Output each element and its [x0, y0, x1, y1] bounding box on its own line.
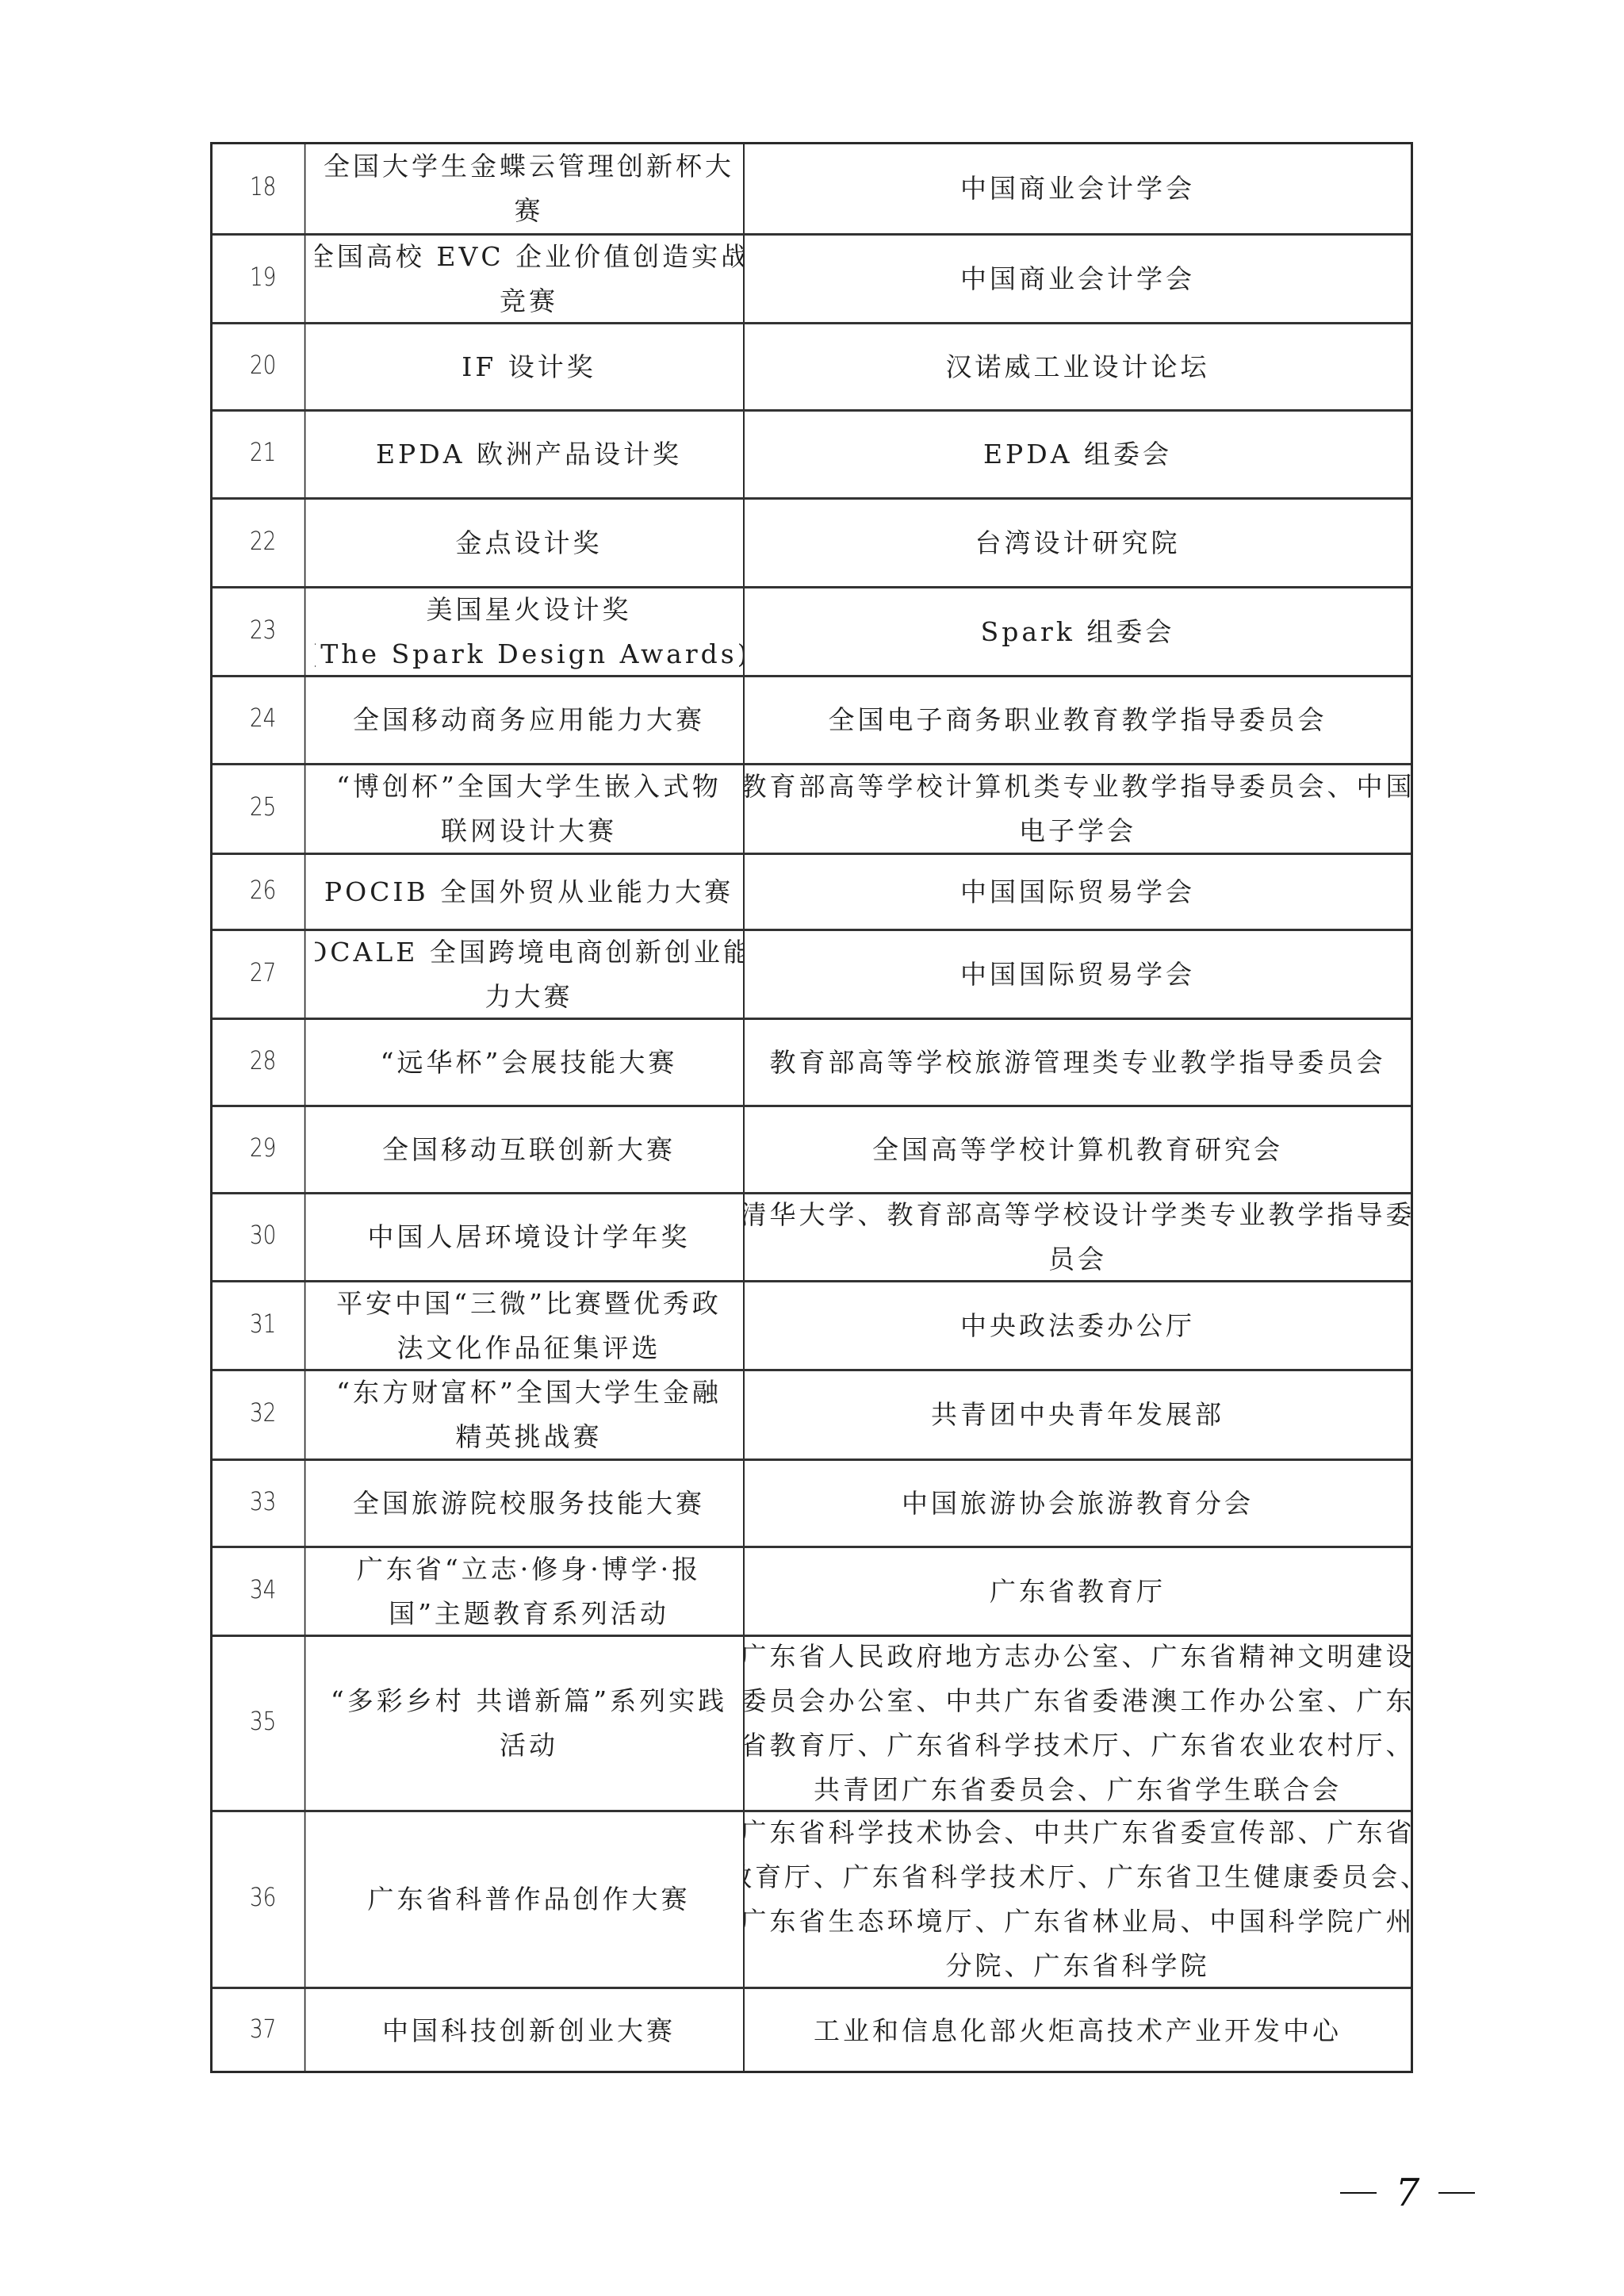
table-row: 28“远华杯”会展技能大赛教育部高等学校旅游管理类专业教学指导委员会	[213, 1018, 1411, 1105]
table-row: 26POCIB 全国外贸从业能力大赛中国国际贸易学会	[213, 853, 1411, 929]
table-row: 25“博创杯”全国大学生嵌入式物联网设计大赛教育部高等学校计算机类专业教学指导委…	[213, 763, 1411, 853]
competition-name-lines: 中国人居环境设计学年奖	[368, 1215, 691, 1259]
organizer-cell: 中国国际贸易学会	[745, 931, 1411, 1018]
row-number: 26	[222, 855, 306, 929]
organizer-text: 员会	[1048, 1237, 1107, 1280]
competition-name-cell: IF 设计奖	[315, 324, 745, 409]
competition-name-cell: 美国星火设计奖(The Spark Design Awards)	[315, 588, 745, 675]
competition-name-text: 全国高校 EVC 企业价值创造实战	[315, 236, 745, 279]
row-number: 25	[222, 765, 306, 853]
competition-name-text: EPDA 欧洲产品设计奖	[376, 432, 682, 477]
competition-name-text: 全国旅游院校服务技能大赛	[353, 1481, 705, 1526]
competition-name-text: 活动	[500, 1723, 558, 1768]
organizer-lines: 教育部高等学校旅游管理类专业教学指导委员会	[770, 1041, 1386, 1085]
organizer-lines: Spark 组委会	[981, 610, 1175, 654]
competition-name-lines: OCALE 全国跨境电商创新创业能力大赛	[315, 931, 745, 1018]
table-row: 36广东省科普作品创作大赛广东省科学技术协会、中共广东省委宣传部、广东省教育厅、…	[213, 1810, 1411, 1987]
row-number: 32	[222, 1371, 306, 1458]
competition-name-lines: 平安中国“三微”比赛暨优秀政法文化作品征集评选	[336, 1282, 722, 1369]
competition-name-text: 赛	[515, 189, 544, 233]
competition-name-cell: EPDA 欧洲产品设计奖	[315, 412, 745, 497]
competition-name-text: “多彩乡村 共谱新篇”系列实践	[331, 1679, 727, 1723]
organizer-lines: 全国电子商务职业教育教学指导委员会	[829, 698, 1327, 742]
organizer-text: 教育部高等学校旅游管理类专业教学指导委员会	[770, 1041, 1386, 1085]
competition-name-lines: EPDA 欧洲产品设计奖	[376, 432, 682, 477]
competition-table: 18全国大学生金蝶云管理创新杯大赛中国商业会计学会19全国高校 EVC 企业价值…	[210, 142, 1413, 2073]
competition-name-cell: “多彩乡村 共谱新篇”系列实践活动	[315, 1637, 745, 1810]
organizer-text: 广东省科学技术协会、中共广东省委宣传部、广东省	[745, 1812, 1411, 1855]
row-number: 20	[222, 324, 306, 409]
organizer-lines: 中国商业会计学会	[960, 167, 1195, 211]
competition-name-lines: 美国星火设计奖(The Spark Design Awards)	[315, 588, 745, 675]
organizer-lines: 工业和信息化部火炬高技术产业开发中心	[814, 2009, 1342, 2053]
competition-name-lines: “东方财富杯”全国大学生金融精英挑战赛	[336, 1371, 722, 1458]
competition-name-lines: 广东省“立志·修身·博学·报国”主题教育系列活动	[357, 1548, 701, 1635]
organizer-text: 共青团广东省委员会、广东省学生联合会	[814, 1768, 1342, 1810]
organizer-text: EPDA 组委会	[983, 432, 1172, 477]
competition-name-cell: 中国人居环境设计学年奖	[315, 1194, 745, 1280]
organizer-cell: 中国国际贸易学会	[745, 855, 1411, 929]
organizer-cell: 广东省教育厅	[745, 1548, 1411, 1635]
organizer-text: 分院、广东省科学院	[946, 1944, 1210, 1987]
competition-name-text: 国”主题教育系列活动	[389, 1592, 669, 1635]
organizer-text: Spark 组委会	[981, 610, 1175, 654]
organizer-cell: 全国高等学校计算机教育研究会	[745, 1107, 1411, 1192]
organizer-lines: 中国旅游协会旅游教育分会	[902, 1481, 1254, 1526]
competition-name-lines: 全国高校 EVC 企业价值创造实战竞赛	[315, 236, 745, 322]
competition-name-text: 美国星火设计奖	[427, 588, 632, 632]
row-number: 24	[222, 677, 306, 763]
table-row: 20IF 设计奖汉诺威工业设计论坛	[213, 322, 1411, 409]
table-row: 23美国星火设计奖(The Spark Design Awards)Spark …	[213, 586, 1411, 675]
table-row: 37中国科技创新创业大赛工业和信息化部火炬高技术产业开发中心	[213, 1987, 1411, 2073]
competition-name-cell: 全国旅游院校服务技能大赛	[315, 1461, 745, 1546]
organizer-lines: 台湾设计研究院	[975, 521, 1181, 565]
organizer-text: 全国高等学校计算机教育研究会	[872, 1128, 1283, 1172]
row-number: 29	[222, 1107, 306, 1192]
row-number: 19	[222, 236, 306, 322]
competition-name-cell: “博创杯”全国大学生嵌入式物联网设计大赛	[315, 765, 745, 853]
competition-name-cell: 金点设计奖	[315, 500, 745, 586]
organizer-text: 全国电子商务职业教育教学指导委员会	[829, 698, 1327, 742]
organizer-cell: 广东省人民政府地方志办公室、广东省精神文明建设委员会办公室、中共广东省委港澳工作…	[745, 1637, 1411, 1810]
organizer-text: 工业和信息化部火炬高技术产业开发中心	[814, 2009, 1342, 2053]
row-number: 27	[222, 931, 306, 1018]
organizer-lines: 广东省教育厅	[990, 1570, 1166, 1614]
organizer-cell: 工业和信息化部火炬高技术产业开发中心	[745, 1989, 1411, 2073]
organizer-text: 清华大学、教育部高等学校设计学类专业教学指导委	[745, 1194, 1411, 1237]
organizer-lines: 中国国际贸易学会	[960, 953, 1195, 997]
organizer-text: 台湾设计研究院	[975, 521, 1181, 565]
page-number: 7	[1340, 2173, 1475, 2213]
organizer-lines: 共青团中央青年发展部	[931, 1393, 1224, 1437]
table-row: 35“多彩乡村 共谱新篇”系列实践活动广东省人民政府地方志办公室、广东省精神文明…	[213, 1635, 1411, 1810]
organizer-lines: 清华大学、教育部高等学校设计学类专业教学指导委员会	[745, 1194, 1411, 1280]
table-row: 18全国大学生金蝶云管理创新杯大赛中国商业会计学会	[213, 144, 1411, 233]
competition-name-lines: 全国移动商务应用能力大赛	[353, 698, 705, 742]
competition-name-cell: 平安中国“三微”比赛暨优秀政法文化作品征集评选	[315, 1282, 745, 1369]
competition-name-text: “东方财富杯”全国大学生金融	[336, 1371, 722, 1415]
organizer-cell: EPDA 组委会	[745, 412, 1411, 497]
competition-name-text: “博创杯”全国大学生嵌入式物	[336, 765, 722, 809]
competition-name-lines: 全国旅游院校服务技能大赛	[353, 1481, 705, 1526]
competition-name-cell: OCALE 全国跨境电商创新创业能力大赛	[315, 931, 745, 1018]
competition-name-text: 广东省科普作品创作大赛	[368, 1877, 691, 1922]
competition-name-cell: 全国高校 EVC 企业价值创造实战竞赛	[315, 236, 745, 322]
organizer-text: 汉诺威工业设计论坛	[946, 345, 1210, 389]
competition-name-text: 中国科技创新创业大赛	[382, 2009, 676, 2053]
organizer-text: 广东省教育厅	[990, 1570, 1166, 1614]
table-row: 21EPDA 欧洲产品设计奖EPDA 组委会	[213, 409, 1411, 497]
table-row: 27OCALE 全国跨境电商创新创业能力大赛中国国际贸易学会	[213, 929, 1411, 1018]
dash-left	[1340, 2192, 1377, 2194]
organizer-cell: 共青团中央青年发展部	[745, 1371, 1411, 1458]
row-number: 23	[222, 588, 306, 675]
organizer-text: 省教育厅、广东省科学技术厅、广东省农业农村厅、	[745, 1723, 1411, 1768]
table-row: 29全国移动互联创新大赛全国高等学校计算机教育研究会	[213, 1105, 1411, 1192]
table-row: 22金点设计奖台湾设计研究院	[213, 497, 1411, 586]
row-number: 22	[222, 500, 306, 586]
row-number: 37	[222, 1989, 306, 2073]
table-row: 33全国旅游院校服务技能大赛中国旅游协会旅游教育分会	[213, 1458, 1411, 1546]
organizer-cell: 中国旅游协会旅游教育分会	[745, 1461, 1411, 1546]
competition-name-text: 全国移动商务应用能力大赛	[353, 698, 705, 742]
competition-name-text: “远华杯”会展技能大赛	[381, 1041, 678, 1085]
row-number: 28	[222, 1020, 306, 1105]
organizer-cell: 汉诺威工业设计论坛	[745, 324, 1411, 409]
page-number-value: 7	[1396, 2173, 1420, 2213]
organizer-lines: 广东省科学技术协会、中共广东省委宣传部、广东省教育厅、广东省科学技术厅、广东省卫…	[745, 1812, 1411, 1987]
competition-name-lines: 中国科技创新创业大赛	[382, 2009, 676, 2053]
organizer-text: 教育厅、广东省科学技术厅、广东省卫生健康委员会、	[745, 1855, 1411, 1899]
competition-name-lines: “远华杯”会展技能大赛	[381, 1041, 678, 1085]
competition-name-text: 精英挑战赛	[456, 1415, 603, 1458]
competition-name-cell: “东方财富杯”全国大学生金融精英挑战赛	[315, 1371, 745, 1458]
competition-name-text: 竞赛	[500, 279, 558, 323]
competition-name-text: 中国人居环境设计学年奖	[368, 1215, 691, 1259]
competition-name-text: 广东省“立志·修身·博学·报	[357, 1548, 701, 1592]
organizer-lines: 广东省人民政府地方志办公室、广东省精神文明建设委员会办公室、中共广东省委港澳工作…	[745, 1637, 1411, 1810]
competition-name-cell: 广东省科普作品创作大赛	[315, 1812, 745, 1987]
competition-name-lines: 广东省科普作品创作大赛	[368, 1877, 691, 1922]
competition-name-cell: 中国科技创新创业大赛	[315, 1989, 745, 2073]
row-number: 21	[222, 412, 306, 497]
organizer-lines: 教育部高等学校计算机类专业教学指导委员会、中国电子学会	[745, 765, 1411, 853]
organizer-text: 中国国际贸易学会	[960, 953, 1195, 997]
row-number: 31	[222, 1282, 306, 1369]
row-number: 36	[222, 1812, 306, 1987]
organizer-text: 中国商业会计学会	[960, 167, 1195, 211]
organizer-cell: Spark 组委会	[745, 588, 1411, 675]
organizer-cell: 广东省科学技术协会、中共广东省委宣传部、广东省教育厅、广东省科学技术厅、广东省卫…	[745, 1812, 1411, 1987]
organizer-lines: 汉诺威工业设计论坛	[946, 345, 1210, 389]
table-row: 24全国移动商务应用能力大赛全国电子商务职业教育教学指导委员会	[213, 675, 1411, 763]
table-row: 34广东省“立志·修身·博学·报国”主题教育系列活动广东省教育厅	[213, 1546, 1411, 1635]
row-number: 35	[222, 1637, 306, 1810]
row-number: 33	[222, 1461, 306, 1546]
table-row: 31平安中国“三微”比赛暨优秀政法文化作品征集评选中央政法委办公厅	[213, 1280, 1411, 1369]
competition-name-cell: 全国移动商务应用能力大赛	[315, 677, 745, 763]
competition-name-text: 法文化作品征集评选	[397, 1326, 661, 1370]
competition-name-lines: POCIB 全国外贸从业能力大赛	[324, 870, 733, 914]
competition-name-lines: IF 设计奖	[462, 345, 596, 389]
organizer-text: 中央政法委办公厅	[960, 1304, 1195, 1348]
table-row: 32“东方财富杯”全国大学生金融精英挑战赛共青团中央青年发展部	[213, 1369, 1411, 1458]
organizer-text: 广东省生态环境厅、广东省林业局、中国科学院广州	[745, 1899, 1411, 1944]
competition-name-lines: 金点设计奖	[456, 521, 603, 565]
organizer-text: 广东省人民政府地方志办公室、广东省精神文明建设	[745, 1637, 1411, 1679]
organizer-cell: 教育部高等学校计算机类专业教学指导委员会、中国电子学会	[745, 765, 1411, 853]
table-row: 19全国高校 EVC 企业价值创造实战竞赛中国商业会计学会	[213, 233, 1411, 322]
row-number: 18	[222, 144, 306, 233]
organizer-text: 教育部高等学校计算机类专业教学指导委员会、中国	[745, 765, 1411, 809]
competition-name-text: 平安中国“三微”比赛暨优秀政	[336, 1282, 722, 1326]
organizer-text: 中国旅游协会旅游教育分会	[902, 1481, 1254, 1526]
competition-name-text: IF 设计奖	[462, 345, 596, 389]
competition-name-lines: 全国移动互联创新大赛	[382, 1128, 676, 1172]
competition-name-lines: “多彩乡村 共谱新篇”系列实践活动	[331, 1679, 727, 1768]
dash-right	[1438, 2192, 1475, 2194]
organizer-cell: 教育部高等学校旅游管理类专业教学指导委员会	[745, 1020, 1411, 1105]
organizer-cell: 台湾设计研究院	[745, 500, 1411, 586]
row-number: 34	[222, 1548, 306, 1635]
organizer-lines: EPDA 组委会	[983, 432, 1172, 477]
competition-name-cell: 全国移动互联创新大赛	[315, 1107, 745, 1192]
organizer-cell: 全国电子商务职业教育教学指导委员会	[745, 677, 1411, 763]
organizer-cell: 清华大学、教育部高等学校设计学类专业教学指导委员会	[745, 1194, 1411, 1280]
competition-name-lines: “博创杯”全国大学生嵌入式物联网设计大赛	[336, 765, 722, 853]
organizer-cell: 中国商业会计学会	[745, 144, 1411, 233]
competition-name-text: 联网设计大赛	[441, 809, 617, 853]
organizer-lines: 中国国际贸易学会	[960, 870, 1195, 914]
organizer-text: 委员会办公室、中共广东省委港澳工作办公室、广东	[745, 1679, 1411, 1723]
competition-name-lines: 全国大学生金蝶云管理创新杯大赛	[324, 144, 734, 233]
organizer-lines: 全国高等学校计算机教育研究会	[872, 1128, 1283, 1172]
organizer-text: 电子学会	[1019, 809, 1136, 853]
competition-name-text: 力大赛	[485, 975, 573, 1018]
organizer-lines: 中国商业会计学会	[960, 257, 1195, 301]
organizer-text: 中国国际贸易学会	[960, 870, 1195, 914]
organizer-lines: 中央政法委办公厅	[960, 1304, 1195, 1348]
row-number: 30	[222, 1194, 306, 1280]
competition-name-text: (The Spark Design Awards)	[315, 632, 745, 676]
organizer-text: 共青团中央青年发展部	[931, 1393, 1224, 1437]
table-row: 30中国人居环境设计学年奖清华大学、教育部高等学校设计学类专业教学指导委员会	[213, 1192, 1411, 1280]
competition-name-cell: 全国大学生金蝶云管理创新杯大赛	[315, 144, 745, 233]
competition-name-cell: POCIB 全国外贸从业能力大赛	[315, 855, 745, 929]
competition-name-text: 金点设计奖	[456, 521, 603, 565]
organizer-cell: 中国商业会计学会	[745, 236, 1411, 322]
competition-name-text: OCALE 全国跨境电商创新创业能	[315, 931, 745, 975]
competition-name-cell: “远华杯”会展技能大赛	[315, 1020, 745, 1105]
competition-name-text: 全国移动互联创新大赛	[382, 1128, 676, 1172]
competition-name-text: POCIB 全国外贸从业能力大赛	[324, 870, 733, 914]
organizer-text: 中国商业会计学会	[960, 257, 1195, 301]
competition-name-text: 全国大学生金蝶云管理创新杯大	[324, 144, 734, 189]
competition-name-cell: 广东省“立志·修身·博学·报国”主题教育系列活动	[315, 1548, 745, 1635]
organizer-cell: 中央政法委办公厅	[745, 1282, 1411, 1369]
